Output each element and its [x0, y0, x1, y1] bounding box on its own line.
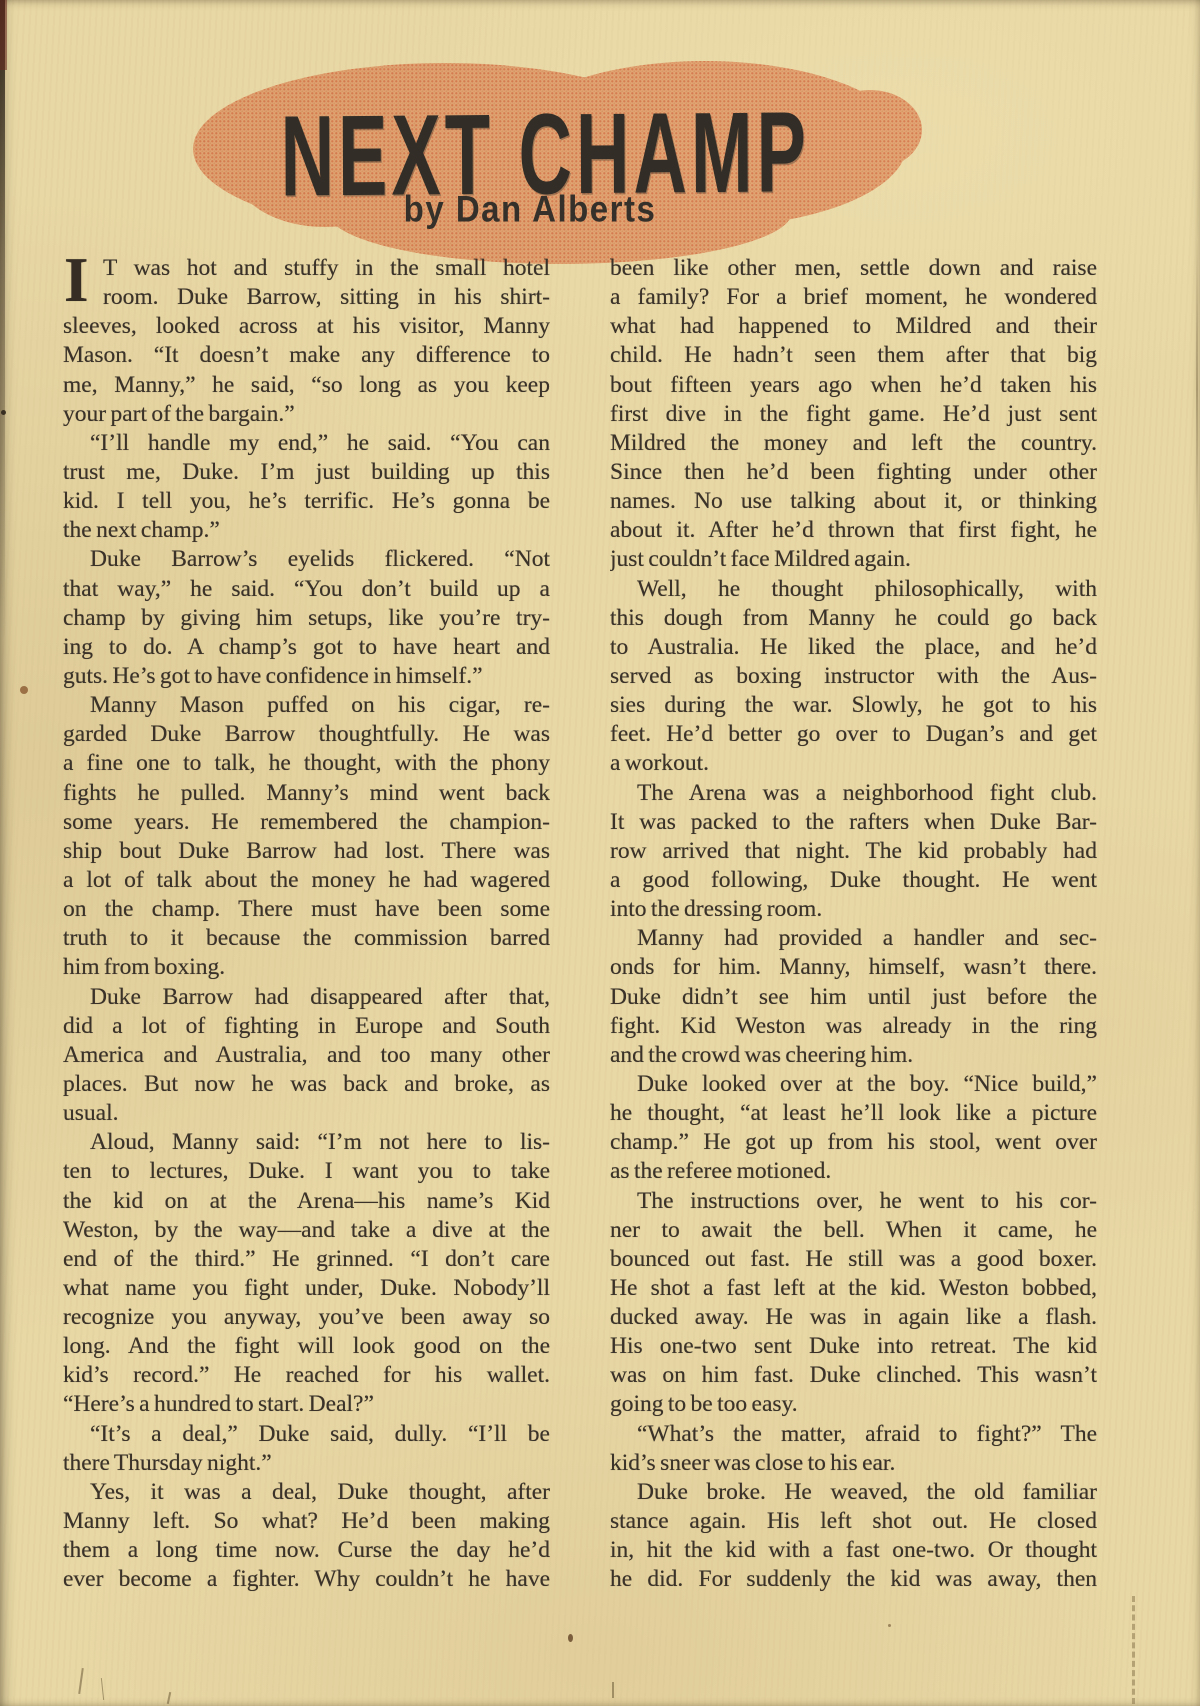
text-line: the kid on at the Arena—his name’s Kid — [63, 1187, 550, 1216]
text-line: champ by giving him setups, like you’re … — [63, 604, 550, 633]
text-line: served as boxing instructor with the Aus… — [610, 662, 1097, 691]
story-columns: IT was hot and stuffy in the small hotel… — [63, 254, 1097, 1594]
text-line: champ.” He got up from his stool, went o… — [610, 1128, 1097, 1157]
column-right: been like other men, settle down and rai… — [610, 254, 1097, 1594]
text-line: there Thursday night.” — [63, 1449, 550, 1478]
text-line: kid. I tell you, he’s terrific. He’s gon… — [63, 487, 550, 516]
paragraph: Manny Mason puffed on his cigar, re-gard… — [63, 691, 550, 982]
text-line: trust me, Duke. I’m just building up thi… — [63, 458, 550, 487]
text-line: room. Duke Barrow, sitting in his shirt- — [63, 283, 550, 312]
text-line: “What’s the matter, afraid to fight?” Th… — [610, 1420, 1097, 1449]
paragraph: Yes, it was a deal, Duke thought, afterM… — [63, 1478, 550, 1595]
dropcap-initial: I — [64, 249, 89, 312]
column-left: IT was hot and stuffy in the small hotel… — [63, 254, 550, 1594]
text-line: bounced out fast. He still was a good bo… — [610, 1245, 1097, 1274]
text-line: fight. Kid Weston was already in the rin… — [610, 1012, 1097, 1041]
text-line: Aloud, Manny said: “I’m not here to lis- — [63, 1128, 550, 1157]
text-line: guts. He’s got to have confidence in him… — [63, 662, 550, 691]
text-line: truth to it because the commission barre… — [63, 924, 550, 953]
text-line: to Australia. He liked the place, and he… — [610, 633, 1097, 662]
text-line: bout fifteen years ago when he’d taken h… — [610, 371, 1097, 400]
text-line: he did. For suddenly the kid was away, t… — [610, 1565, 1097, 1594]
paragraph: Aloud, Manny said: “I’m not here to lis-… — [63, 1128, 550, 1419]
text-line: me, Manny,” he said, “so long as you kee… — [63, 371, 550, 400]
text-line: what name you fight under, Duke. Nobody’… — [63, 1274, 550, 1303]
text-line: a family? For a brief moment, he wondere… — [610, 283, 1097, 312]
text-line: The Arena was a neighborhood fight club. — [610, 779, 1097, 808]
text-line: T was hot and stuffy in the small hotel — [63, 254, 550, 283]
text-line: recognize you anyway, you’ve been away s… — [63, 1303, 550, 1332]
text-line: kid’s record.” He reached for his wallet… — [63, 1361, 550, 1390]
text-line: His one-two sent Duke into retreat. The … — [610, 1332, 1097, 1361]
paragraph: Duke Barrow’s eyelids flickered. “Nottha… — [63, 545, 550, 691]
ink-speck — [1, 410, 6, 415]
text-line: “I’ll handle my end,” he said. “You can — [63, 429, 550, 458]
text-line: a fine one to talk, he thought, with the… — [63, 749, 550, 778]
text-line: ship bout Duke Barrow had lost. There wa… — [63, 837, 550, 866]
text-line: just couldn’t face Mildred again. — [610, 545, 1097, 574]
ink-speck — [20, 686, 28, 694]
text-line: this dough from Manny he could go back — [610, 604, 1097, 633]
paragraph: Manny had provided a handler and sec-ond… — [610, 924, 1097, 1070]
paragraph: Well, he thought philosophically, withth… — [610, 575, 1097, 779]
text-line: ever become a fighter. Why couldn’t he h… — [63, 1565, 550, 1594]
paragraph: been like other men, settle down and rai… — [610, 254, 1097, 575]
paragraph: Duke Barrow had disappeared after that,d… — [63, 983, 550, 1129]
text-line: onds for him. Manny, himself, wasn’t the… — [610, 953, 1097, 982]
text-line: some years. He remembered the champion- — [63, 808, 550, 837]
text-line: going to be too easy. — [610, 1390, 1097, 1419]
text-line: him from boxing. — [63, 953, 550, 982]
text-line: fights he pulled. Manny’s mind went back — [63, 779, 550, 808]
text-line: a workout. — [610, 749, 1097, 778]
text-line: ing to do. A champ’s got to have heart a… — [63, 633, 550, 662]
text-line: Yes, it was a deal, Duke thought, after — [63, 1478, 550, 1507]
text-line: as the referee motioned. — [610, 1157, 1097, 1186]
paragraph: The instructions over, he went to his co… — [610, 1187, 1097, 1420]
text-line: places. But now he was back and broke, a… — [63, 1070, 550, 1099]
text-line: long. And the fight will look good on th… — [63, 1332, 550, 1361]
text-line: your part of the bargain.” — [63, 400, 550, 429]
text-line: was on him fast. Duke clinched. This was… — [610, 1361, 1097, 1390]
perforation-marks — [1132, 1596, 1135, 1704]
paragraph: The Arena was a neighborhood fight club.… — [610, 779, 1097, 925]
text-line: It was packed to the rafters when Duke B… — [610, 808, 1097, 837]
byline: by Dan Alberts — [190, 188, 870, 231]
text-line: on the champ. There must have been some — [63, 895, 550, 924]
text-line: Duke Barrow’s eyelids flickered. “Not — [63, 545, 550, 574]
text-line: the next champ.” — [63, 516, 550, 545]
text-line: ner to await the bell. When it came, he — [610, 1216, 1097, 1245]
text-line: America and Australia, and too many othe… — [63, 1041, 550, 1070]
text-line: Duke Barrow had disappeared after that, — [63, 983, 550, 1012]
text-line: kid’s sneer was close to his ear. — [610, 1449, 1097, 1478]
text-line: ten to lectures, Duke. I want you to tak… — [63, 1157, 550, 1186]
text-line: Since then he’d been fighting under othe… — [610, 458, 1097, 487]
text-line: Mildred the money and left the country. — [610, 429, 1097, 458]
text-line: them a long time now. Curse the day he’d — [63, 1536, 550, 1565]
scratch-mark — [612, 1682, 614, 1698]
scratch-mark — [78, 1668, 84, 1694]
paragraph: IT was hot and stuffy in the small hotel… — [63, 254, 550, 429]
paragraph: “What’s the matter, afraid to fight?” Th… — [610, 1420, 1097, 1478]
text-line: he thought, “at least he’ll look like a … — [610, 1099, 1097, 1128]
paragraph: “It’s a deal,” Duke said, dully. “I’ll b… — [63, 1420, 550, 1478]
text-line: Manny had provided a handler and sec- — [610, 924, 1097, 953]
text-line: what had happened to Mildred and their — [610, 312, 1097, 341]
text-line: and the crowd was cheering him. — [610, 1041, 1097, 1070]
text-line: a lot of talk about the money he had wag… — [63, 866, 550, 895]
text-line: Duke broke. He weaved, the old familiar — [610, 1478, 1097, 1507]
text-line: stance again. His left shot out. He clos… — [610, 1507, 1097, 1536]
text-line: sies during the war. Slowly, he got to h… — [610, 691, 1097, 720]
magazine-page: NEXT CHAMP by Dan Alberts IT was hot and… — [0, 0, 1200, 1706]
text-line: “It’s a deal,” Duke said, dully. “I’ll b… — [63, 1420, 550, 1449]
text-line: in, hit the kid with a fast one-two. Or … — [610, 1536, 1097, 1565]
text-line: Weston, by the way—and take a dive at th… — [63, 1216, 550, 1245]
text-line: row arrived that night. The kid probably… — [610, 837, 1097, 866]
text-line: Manny left. So what? He’d been making — [63, 1507, 550, 1536]
page-edge-shadow — [0, 0, 5, 640]
right-edge-line — [1196, 240, 1198, 540]
scratch-mark — [101, 1678, 104, 1700]
text-line: usual. — [63, 1099, 550, 1128]
text-line: into the dressing room. — [610, 895, 1097, 924]
text-line: been like other men, settle down and rai… — [610, 254, 1097, 283]
text-line: The instructions over, he went to his co… — [610, 1187, 1097, 1216]
text-line: about it. After he’d thrown that first f… — [610, 516, 1097, 545]
text-line: child. He hadn’t seen them after that bi… — [610, 341, 1097, 370]
text-line: a good following, Duke thought. He went — [610, 866, 1097, 895]
text-line: Duke didn’t see him until just before th… — [610, 983, 1097, 1012]
text-line: names. No use talking about it, or think… — [610, 487, 1097, 516]
text-line: sleeves, looked across at his visitor, M… — [63, 312, 550, 341]
text-line: He shot a fast left at the kid. Weston b… — [610, 1274, 1097, 1303]
text-line: “Here’s a hundred to start. Deal?” — [63, 1390, 550, 1419]
text-line: first dive in the fight game. He’d just … — [610, 400, 1097, 429]
ink-speck — [888, 1624, 891, 1627]
page-edge-tint — [0, 0, 7, 70]
paragraph: “I’ll handle my end,” he said. “You cant… — [63, 429, 550, 546]
text-line: garded Duke Barrow thoughtfully. He was — [63, 720, 550, 749]
text-line: feet. He’d better go over to Dugan’s and… — [610, 720, 1097, 749]
text-line: ducked away. He was in again like a flas… — [610, 1303, 1097, 1332]
text-line: that way,” he said. “You don’t build up … — [63, 575, 550, 604]
paragraph: Duke looked over at the boy. “Nice build… — [610, 1070, 1097, 1187]
text-line: Duke looked over at the boy. “Nice build… — [610, 1070, 1097, 1099]
text-line: end of the third.” He grinned. “I don’t … — [63, 1245, 550, 1274]
ink-speck — [568, 1634, 573, 1642]
text-line: did a lot of fighting in Europe and Sout… — [63, 1012, 550, 1041]
paragraph: Duke broke. He weaved, the old familiars… — [610, 1478, 1097, 1595]
text-line: Mason. “It doesn’t make any difference t… — [63, 341, 550, 370]
scratch-mark — [167, 1692, 171, 1704]
text-line: Well, he thought philosophically, with — [610, 575, 1097, 604]
text-line: Manny Mason puffed on his cigar, re- — [63, 691, 550, 720]
